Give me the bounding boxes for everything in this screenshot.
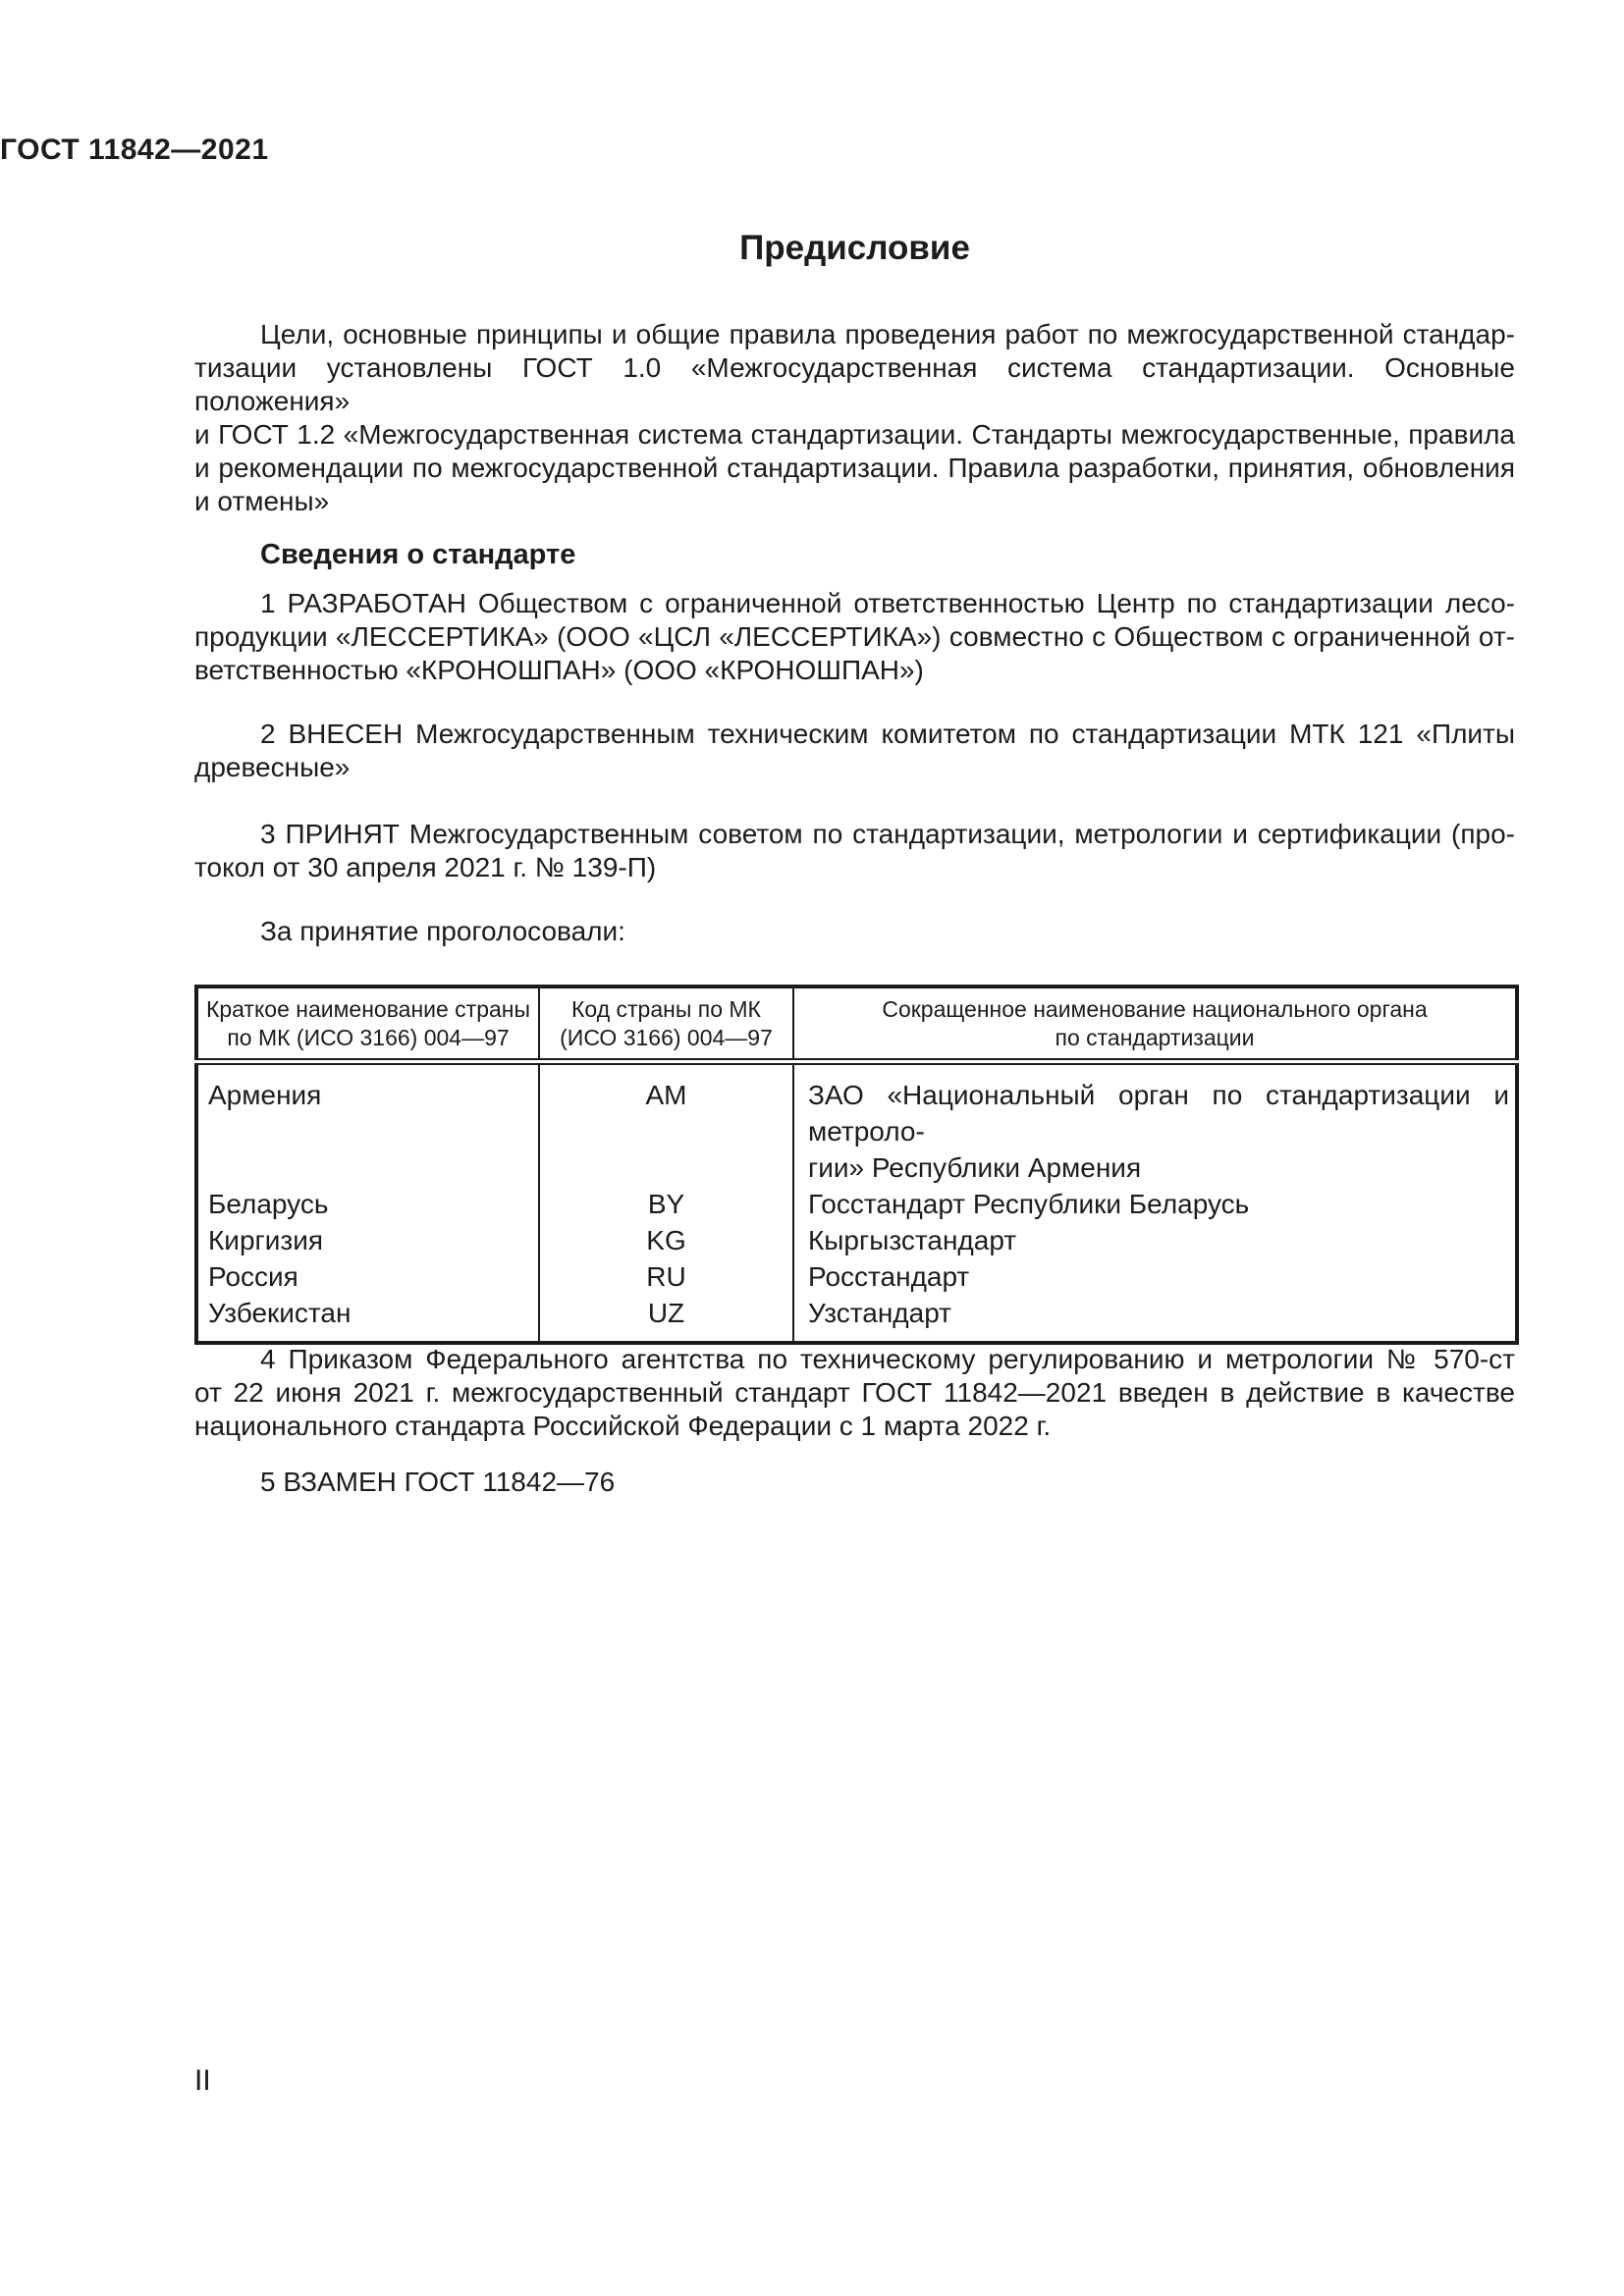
text-line: Сокращенное наименование национального о…	[800, 995, 1509, 1024]
text-line: 4 Приказом Федерального агентства по тех…	[194, 1343, 1515, 1376]
text-line: и рекомендации по межгосударственной ста…	[194, 452, 1515, 485]
text-line: 2 ВНЕСЕН Межгосударственным техническим …	[194, 718, 1515, 751]
text-line: по стандартизации	[800, 1024, 1509, 1052]
text-line: гии» Республики Армения	[808, 1149, 1509, 1186]
text-line: национального стандарта Российской Федер…	[194, 1410, 1515, 1443]
country-cell: Россия	[196, 1258, 539, 1295]
clause-submitted-paragraph: 2 ВНЕСЕН Межгосударственным техническим …	[194, 718, 1515, 784]
text-line: от 22 июня 2021 г. межгосударственный ст…	[194, 1376, 1515, 1410]
text-line: Цели, основные принципы и общие правила …	[194, 318, 1515, 351]
table-row: АрменияAMЗАО «Национальный орган по стан…	[196, 1062, 1517, 1187]
country-code-cell: RU	[539, 1258, 793, 1295]
text-line: продукции «ЛЕССЕРТИКА» (ООО «ЦСЛ «ЛЕССЕР…	[194, 620, 1515, 654]
page-number: II	[194, 2064, 211, 2098]
doc-number: ГОСТ 11842—2021	[0, 133, 269, 167]
country-code-cell: UZ	[539, 1295, 793, 1343]
clause-order-paragraph: 4 Приказом Федерального агентства по тех…	[194, 1343, 1515, 1443]
text-line: ЗАО «Национальный орган по стандартизаци…	[808, 1077, 1509, 1149]
text-line: по МК (ИСО 3166) 004—97	[204, 1024, 532, 1052]
text-line: Краткое наименование страны	[204, 995, 532, 1024]
voting-table-header: Краткое наименование страныпо МК (ИСО 31…	[196, 987, 1517, 1062]
country-code-cell: KG	[539, 1222, 793, 1258]
column-header-org: Сокращенное наименование национального о…	[793, 987, 1517, 1062]
text-line: Кыргызстандарт	[808, 1222, 1509, 1258]
table-row: УзбекистанUZУзстандарт	[196, 1295, 1517, 1343]
document-page: ГОСТ 11842—2021 Предисловие Цели, основн…	[0, 0, 1624, 2296]
country-cell: Узбекистан	[196, 1295, 539, 1343]
column-header-code: Код страны по МК(ИСО 3166) 004—97	[539, 987, 793, 1062]
text-line: Узстандарт	[808, 1295, 1509, 1331]
table-row: БеларусьBYГосстандарт Республики Беларус…	[196, 1186, 1517, 1222]
text-line: Госстандарт Республики Беларусь	[808, 1186, 1509, 1222]
section-heading-standard-info: Сведения о стандарте	[194, 539, 1515, 571]
text-line: 3 ПРИНЯТ Межгосударственным советом по с…	[194, 818, 1515, 851]
text-line: ветственностью «КРОНОШПАН» (ООО «КРОНОШП…	[194, 654, 1515, 687]
country-code-cell: AM	[539, 1062, 793, 1187]
national-org-cell: Госстандарт Республики Беларусь	[793, 1186, 1517, 1222]
voting-lead-in: За принятие проголосовали:	[194, 916, 1515, 947]
country-code-cell: BY	[539, 1186, 793, 1222]
national-org-cell: ЗАО «Национальный орган по стандартизаци…	[793, 1062, 1517, 1187]
country-cell: Киргизия	[196, 1222, 539, 1258]
clause-replaces-paragraph: 5 ВЗАМЕН ГОСТ 11842—76	[194, 1466, 1515, 1499]
text-line: (ИСО 3166) 004—97	[546, 1024, 786, 1052]
voting-table: Краткое наименование страныпо МК (ИСО 31…	[194, 985, 1519, 1345]
text-line: 1 РАЗРАБОТАН Обществом с ограниченной от…	[194, 587, 1515, 620]
text-line: 5 ВЗАМЕН ГОСТ 11842—76	[194, 1466, 1515, 1499]
country-cell: Беларусь	[196, 1186, 539, 1222]
intro-paragraph: Цели, основные принципы и общие правила …	[194, 318, 1515, 518]
text-line: и ГОСТ 1.2 «Межгосударственная система с…	[194, 418, 1515, 452]
text-line: и отмены»	[194, 485, 1515, 518]
text-line: древесные»	[194, 751, 1515, 784]
clause-developed-paragraph: 1 РАЗРАБОТАН Обществом с ограниченной от…	[194, 587, 1515, 687]
text-line: Код страны по МК	[546, 995, 786, 1024]
text-line: токол от 30 апреля 2021 г. № 139-П)	[194, 851, 1515, 884]
national-org-cell: Росстандарт	[793, 1258, 1517, 1295]
text-line: Росстандарт	[808, 1258, 1509, 1295]
page-title: Предисловие	[194, 229, 1515, 268]
table-row: КиргизияKGКыргызстандарт	[196, 1222, 1517, 1258]
table-row: РоссияRUРосстандарт	[196, 1258, 1517, 1295]
country-cell: Армения	[196, 1062, 539, 1187]
national-org-cell: Узстандарт	[793, 1295, 1517, 1343]
clause-adopted-paragraph: 3 ПРИНЯТ Межгосударственным советом по с…	[194, 818, 1515, 884]
national-org-cell: Кыргызстандарт	[793, 1222, 1517, 1258]
column-header-country: Краткое наименование страныпо МК (ИСО 31…	[196, 987, 539, 1062]
voting-table-body: АрменияAMЗАО «Национальный орган по стан…	[196, 1062, 1517, 1344]
text-line: тизации установлены ГОСТ 1.0 «Межгосудар…	[194, 351, 1515, 418]
